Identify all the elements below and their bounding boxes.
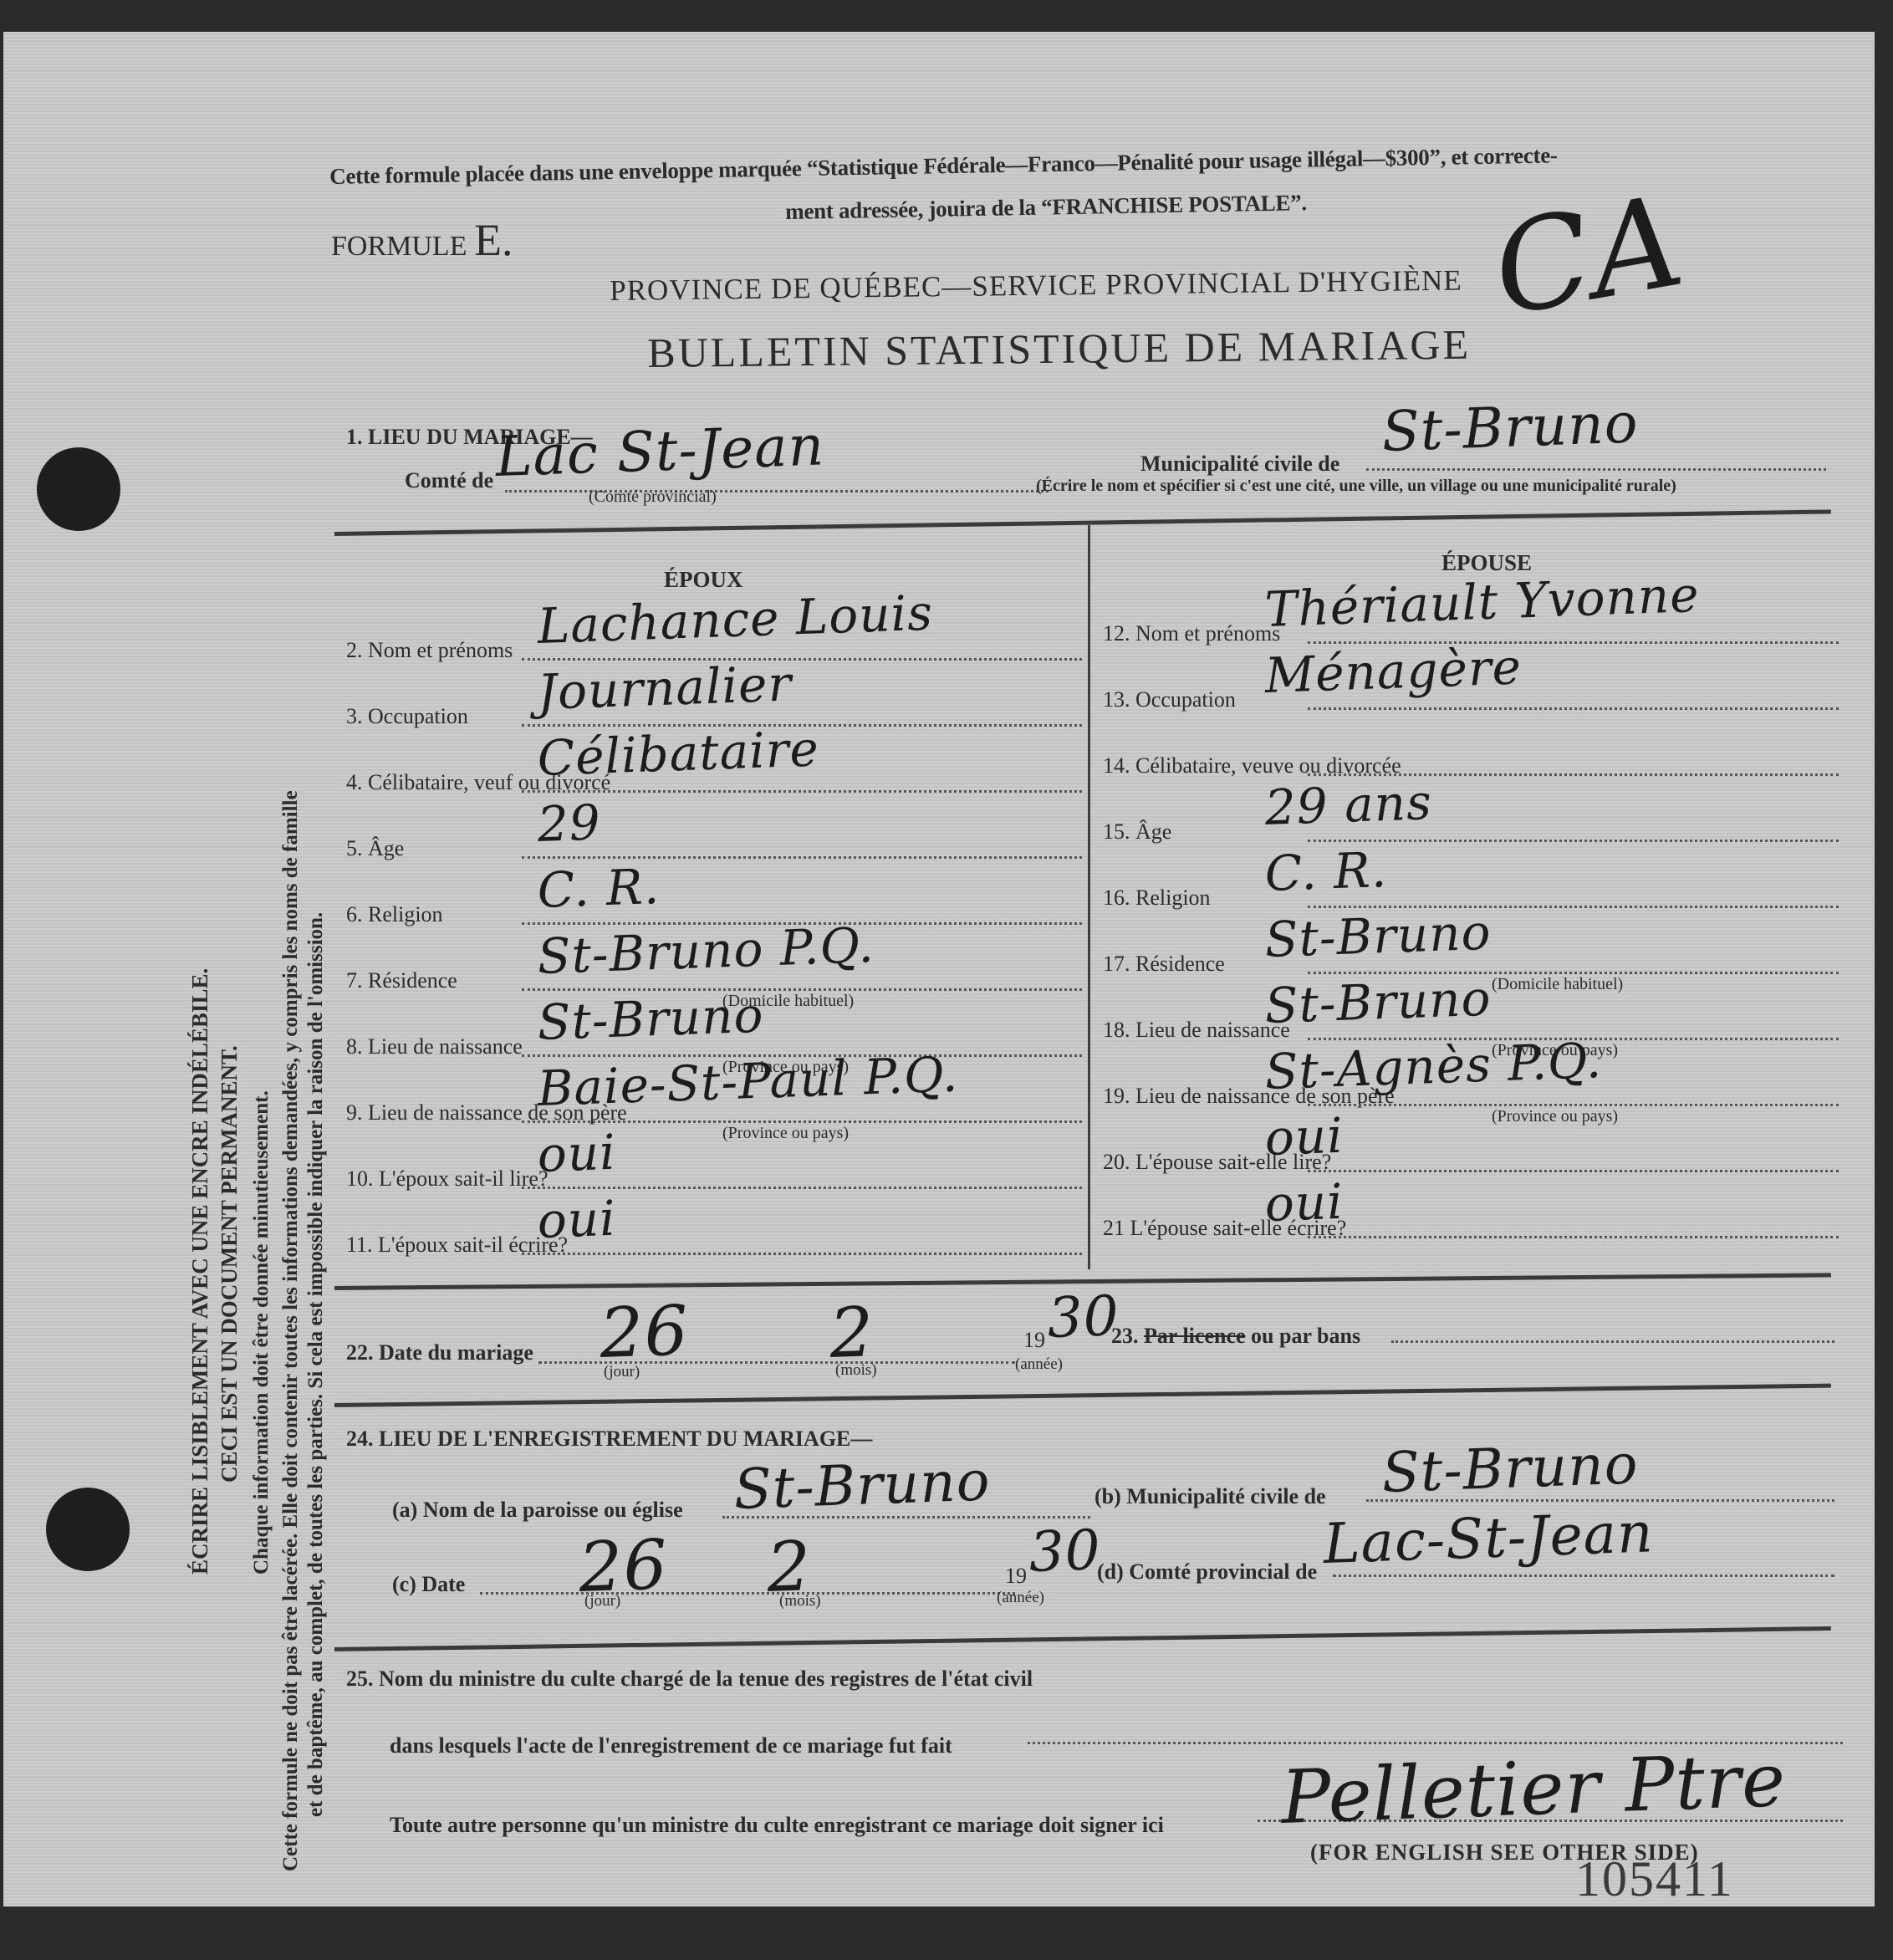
formule-label: FORMULE E. [331,214,513,266]
epouse-field-value[interactable]: St-Agnès P.Q. [1264,1032,1603,1100]
enreg-comte-label: (d) Comté provincial de [1097,1559,1317,1585]
scan-border-bottom [0,1906,1893,1960]
date-mariage-annee[interactable]: 30 [1046,1284,1120,1350]
epoux-field-value[interactable]: oui [537,1124,617,1183]
postal-notice-line1: Cette formule placée dans une enveloppe … [329,142,1558,190]
epouse-field-label: 13. Occupation [1103,687,1236,712]
epoux-field-value[interactable]: St-Bruno P.Q. [537,916,875,985]
annee-prefix: 19 [1023,1328,1045,1353]
formule-letter: E. [474,215,513,265]
epoux-field-label: 6. Religion [346,902,443,927]
epoux-field-value[interactable]: oui [537,1190,617,1249]
epoux-field-label: 5. Âge [346,836,404,861]
enreg-annee[interactable]: 30 [1028,1518,1102,1585]
epouse-field-label: 18. Lieu de naissance [1103,1018,1290,1043]
divider-lower [334,1384,1831,1407]
epoux-field-value[interactable]: Célibataire [537,720,820,787]
epouse-field-value[interactable]: Ménagère [1264,638,1523,704]
epouse-field-label: 15. Âge [1103,819,1171,845]
column-divider [1088,525,1090,1269]
annee-hint: (année) [1015,1355,1063,1374]
divider-top [334,509,1831,536]
date-mariage-jour[interactable]: 26 [599,1291,691,1374]
enreg-date-label: (c) Date [392,1572,465,1597]
minister-signature[interactable]: Pelletier Ptre [1279,1737,1787,1840]
enreg-mois-hint: (mois) [779,1592,821,1610]
epouse-field-value[interactable]: oui [1264,1107,1344,1166]
enreg-municipalite-label: (b) Municipalité civile de [1094,1484,1326,1509]
epoux-field-label: 2. Nom et prénoms [346,638,513,663]
paroisse-label: (a) Nom de la paroisse ou église [392,1498,683,1523]
epoux-heading: ÉPOUX [664,567,743,593]
epoux-field-value[interactable]: C. R. [537,858,661,919]
municipalite-hint: (Écrire le nom et spécifier si c'est une… [1036,477,1676,496]
enreg-comte-value[interactable]: Lac-St-Jean [1322,1500,1654,1576]
epouse-field-label: 12. Nom et prénoms [1103,621,1280,646]
comte-hint: (Comté provincial) [589,487,717,507]
epoux-field-value[interactable]: Journalier [537,655,793,721]
epoux-field-value[interactable]: Lachance Louis [537,584,934,655]
jour-hint: (jour) [604,1363,640,1381]
epoux-field-value[interactable]: 29 [537,794,602,853]
ministre-line3: Toute autre personne qu'un ministre du c… [390,1813,1164,1838]
epoux-field-label: 3. Occupation [346,704,468,729]
epoux-field-label: 7. Résidence [346,968,457,993]
epouse-field-label: 16. Religion [1103,886,1211,911]
enreg-annee-prefix: 19 [1005,1564,1027,1589]
enreg-jour-hint: (jour) [584,1592,620,1610]
municipalite-value[interactable]: St-Bruno [1380,390,1639,464]
scan-border-right [1875,0,1893,1960]
punch-hole-top [37,447,120,531]
epouse-field-label: 17. Résidence [1103,952,1225,977]
marriage-bulletin-form: ÉCRIRE LISIBLEMENT AVEC UNE ENCRE INDÉLÉ… [3,32,1875,1923]
divider-bottom [334,1626,1831,1651]
epouse-field-hint: (Domicile habituel) [1492,975,1623,994]
enregistrement-label: 24. LIEU DE L'ENREGISTREMENT DU MARIAGE— [346,1427,872,1452]
stamp-number: 105411 [1575,1850,1734,1908]
clerk-initials: CA [1483,169,1694,345]
epouse-field-hint: (Province ou pays) [1492,1107,1618,1126]
epouse-field-value[interactable]: Thériault Yvonne [1264,566,1701,638]
municipalite-label: Municipalité civile de [1140,452,1339,477]
enreg-annee-hint: (année) [997,1589,1044,1607]
sidebar-line4: Cette formule ne doit pas être lacérée. … [279,790,303,1871]
mois-hint: (mois) [835,1361,877,1380]
licence-or-bans-label: 23. Par licence ou par bans [1111,1324,1360,1349]
ministre-line1: 25. Nom du ministre du culte chargé de l… [346,1667,1033,1692]
epoux-field-value[interactable]: St-Bruno [537,987,765,1051]
epoux-field-label: 10. L'époux sait-il lire? [346,1166,549,1192]
sidebar-line2: CECI EST UN DOCUMENT PERMANENT. [217,1045,242,1483]
epouse-field-value[interactable]: St-Bruno [1264,904,1492,968]
postal-notice-line2: ment adressée, jouira de la “FRANCHISE P… [785,190,1307,225]
comte-value[interactable]: Lac St-Jean [494,413,825,489]
sidebar-line5: et de baptême, au complet, de toutes les… [304,912,328,1817]
punch-hole-bottom [46,1488,130,1571]
epoux-field-label: 8. Lieu de naissance [346,1034,523,1059]
province-heading: PROVINCE DE QUÉBEC—SERVICE PROVINCIAL D'… [610,264,1462,308]
sidebar-line3: Chaque information doit être donnée minu… [250,1090,273,1575]
date-mariage-label: 22. Date du mariage [346,1340,533,1365]
sidebar-line1: ÉCRIRE LISIBLEMENT AVEC UNE ENCRE INDÉLÉ… [187,968,213,1575]
epoux-field-hint: (Province ou pays) [722,1124,849,1143]
epouse-field-value[interactable]: C. R. [1264,841,1389,902]
epouse-field-value[interactable]: oui [1264,1173,1344,1233]
comte-label: Comté de [405,468,493,493]
paroisse-value[interactable]: St-Bruno [732,1448,991,1522]
ministre-line2: dans lesquels l'acte de l'enregistrement… [390,1733,952,1758]
page-title: BULLETIN STATISTIQUE DE MARIAGE [647,320,1471,377]
epouse-field-value[interactable]: 29 ans [1264,773,1433,836]
enreg-municipalite-value[interactable]: St-Bruno [1380,1432,1639,1505]
epouse-field-value[interactable]: St-Bruno [1264,970,1492,1034]
